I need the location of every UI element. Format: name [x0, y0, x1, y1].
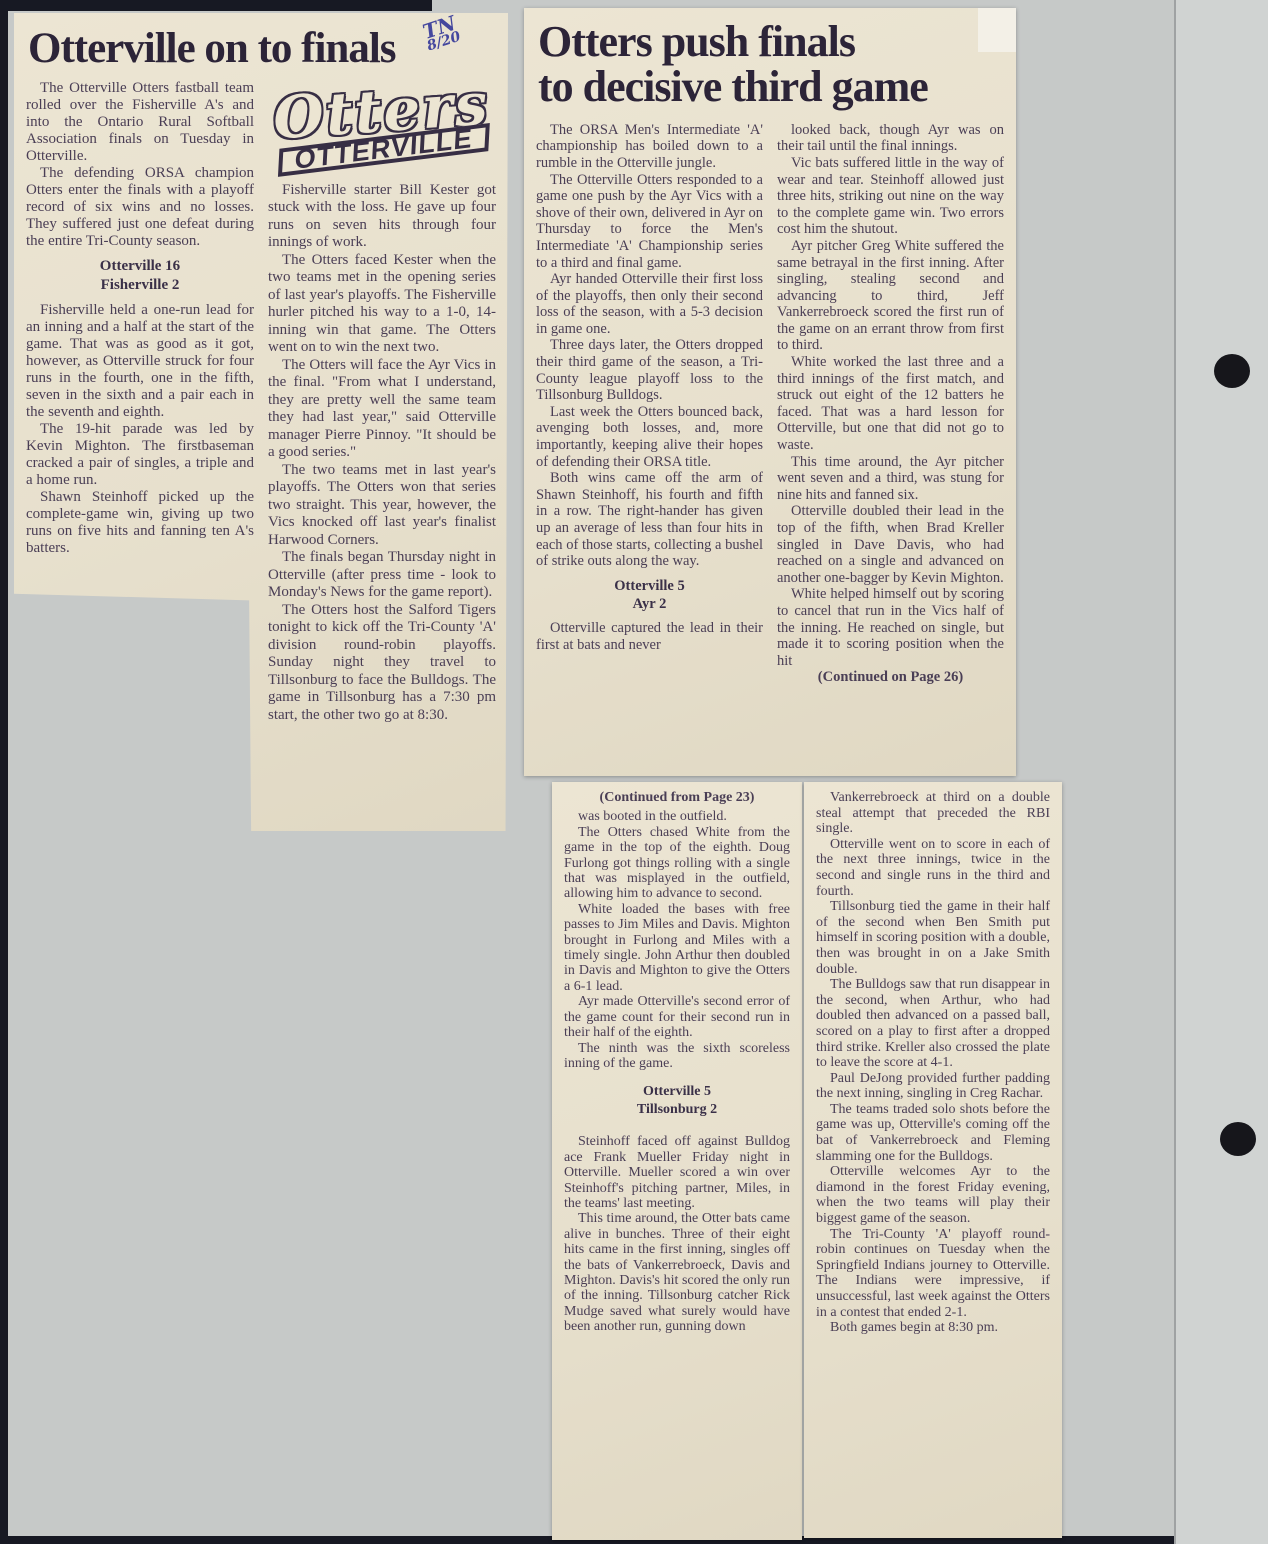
article-paragraph: The ninth was the sixth scoreless inning… — [564, 1041, 790, 1072]
article-paragraph: White worked the last three and a third … — [777, 354, 1004, 454]
article-paragraph: Shawn Steinhoff picked up the complete-g… — [26, 489, 254, 557]
scrapbook-page: { "annotation": { "line1": "TN", "line2"… — [0, 0, 1268, 1544]
article-paragraph: Vankerrebroeck at third on a double stea… — [816, 790, 1050, 837]
board-edge-top — [0, 0, 432, 11]
otters-team-logo: Otters OTTERVILLE — [265, 74, 498, 171]
article-paragraph: The Otters will face the Ayr Vics in the… — [268, 357, 496, 462]
article-paragraph: Fisherville starter Bill Kester got stuc… — [268, 182, 496, 252]
article-paragraph: Otterville went on to score in each of t… — [816, 837, 1050, 899]
article-paragraph: Otterville doubled their lead in the top… — [777, 503, 1004, 586]
article-paragraph: The Otters host the Salford Tigers tonig… — [268, 602, 496, 725]
clipping-continuation-right-column: Vankerrebroeck at third on a double stea… — [804, 782, 1062, 1538]
article-paragraph: The Otterville Otters fastball team roll… — [26, 80, 254, 165]
page-margin-strip — [1176, 0, 1268, 1544]
article2-headline: Otters push finals to decisive third gam… — [538, 20, 1004, 110]
article-paragraph: was booted in the outfield. — [564, 809, 790, 824]
article2-column-2: looked back, though Ayr was on their tai… — [777, 122, 1004, 686]
article-paragraph: The Otters faced Kester when the two tea… — [268, 252, 496, 357]
score-team2: Fisherville 2 — [26, 276, 254, 295]
article-paragraph: The ORSA Men's Intermediate 'A' champion… — [536, 122, 763, 172]
paper-tab — [978, 8, 1016, 52]
article1-column-1: The Otterville Otters fastball team roll… — [26, 80, 254, 724]
article-paragraph: Otterville welcomes Ayr to the diamond i… — [816, 1164, 1050, 1226]
article-paragraph: Paul DeJong provided further padding the… — [816, 1071, 1050, 1102]
article-paragraph: Tillsonburg tied the game in their half … — [816, 899, 1050, 977]
article2-column-1: The ORSA Men's Intermediate 'A' champion… — [536, 122, 763, 686]
article-paragraph: Ayr made Otterville's second error of th… — [564, 994, 790, 1040]
score-team1: Otterville 5 — [564, 1083, 790, 1101]
article-paragraph: The Tri-County 'A' playoff round-robin c… — [816, 1227, 1050, 1321]
article-paragraph: Fisherville held a one-run lead for an i… — [26, 302, 254, 421]
article-paragraph: The Bulldogs saw that run disappear in t… — [816, 977, 1050, 1071]
score-team2: Tillsonburg 2 — [564, 1101, 790, 1119]
score-team1: Otterville 5 — [536, 577, 763, 595]
article-paragraph: The Otters chased White from the game in… — [564, 825, 790, 902]
article2-headline-line1: Otters push finals — [538, 20, 1004, 65]
continued-on-note: (Continued on Page 26) — [777, 669, 1004, 686]
article-paragraph: The two teams met in last year's playoff… — [268, 462, 496, 550]
article1-column-2: Otters OTTERVILLE Fisherville starter Bi… — [268, 80, 496, 724]
clipping-otterville-on-to-finals: Otterville on to finals The Otterville O… — [14, 13, 508, 831]
article-paragraph: Both wins came off the arm of Shawn Stei… — [536, 470, 763, 570]
clipping-otters-push-finals: Otters push finals to decisive third gam… — [524, 8, 1016, 776]
score-block: Otterville 16 Fisherville 2 — [26, 257, 254, 295]
score-team1: Otterville 16 — [26, 257, 254, 276]
board-edge-left — [0, 0, 8, 1544]
score-team2: Ayr 2 — [536, 595, 763, 613]
article-paragraph: Ayr handed Otterville their first loss o… — [536, 271, 763, 337]
article-paragraph: Otterville captured the lead in their fi… — [536, 620, 763, 653]
continued-from-note: (Continued from Page 23) — [564, 790, 790, 805]
article-paragraph: White loaded the bases with free passes … — [564, 902, 790, 994]
score-block: Otterville 5 Tillsonburg 2 — [564, 1083, 790, 1118]
article-paragraph: Steinhoff faced off against Bulldog ace … — [564, 1134, 790, 1211]
article-paragraph: The teams traded solo shots before the g… — [816, 1102, 1050, 1164]
article-paragraph: Both games begin at 8:30 pm. — [816, 1320, 1050, 1336]
article-paragraph: Vic bats suffered little in the way of w… — [777, 155, 1004, 238]
binder-hole-bottom — [1220, 1122, 1256, 1156]
article-paragraph: The 19-hit parade was led by Kevin Might… — [26, 421, 254, 489]
binder-hole-top — [1214, 354, 1250, 388]
article-paragraph: White helped himself out by scoring to c… — [777, 586, 1004, 669]
article-paragraph: The defending ORSA champion Otters enter… — [26, 165, 254, 250]
article-paragraph: looked back, though Ayr was on their tai… — [777, 122, 1004, 155]
article2-headline-line2: to decisive third game — [538, 65, 1004, 110]
clipping-continued-from-page-23: (Continued from Page 23) was booted in t… — [552, 782, 802, 1540]
article-paragraph: The finals began Thursday night in Otter… — [268, 549, 496, 602]
article-paragraph: This time around, the Ayr pitcher went s… — [777, 454, 1004, 504]
article-paragraph: This time around, the Otter bats came al… — [564, 1211, 790, 1334]
score-block: Otterville 5 Ayr 2 — [536, 577, 763, 613]
article-paragraph: The Otterville Otters responded to a gam… — [536, 172, 763, 272]
article-paragraph: Three days later, the Otters dropped the… — [536, 337, 763, 403]
article-paragraph: Last week the Otters bounced back, aveng… — [536, 404, 763, 470]
page-edge-line — [1174, 0, 1176, 1544]
article-paragraph: Ayr pitcher Greg White suffered the same… — [777, 238, 1004, 354]
